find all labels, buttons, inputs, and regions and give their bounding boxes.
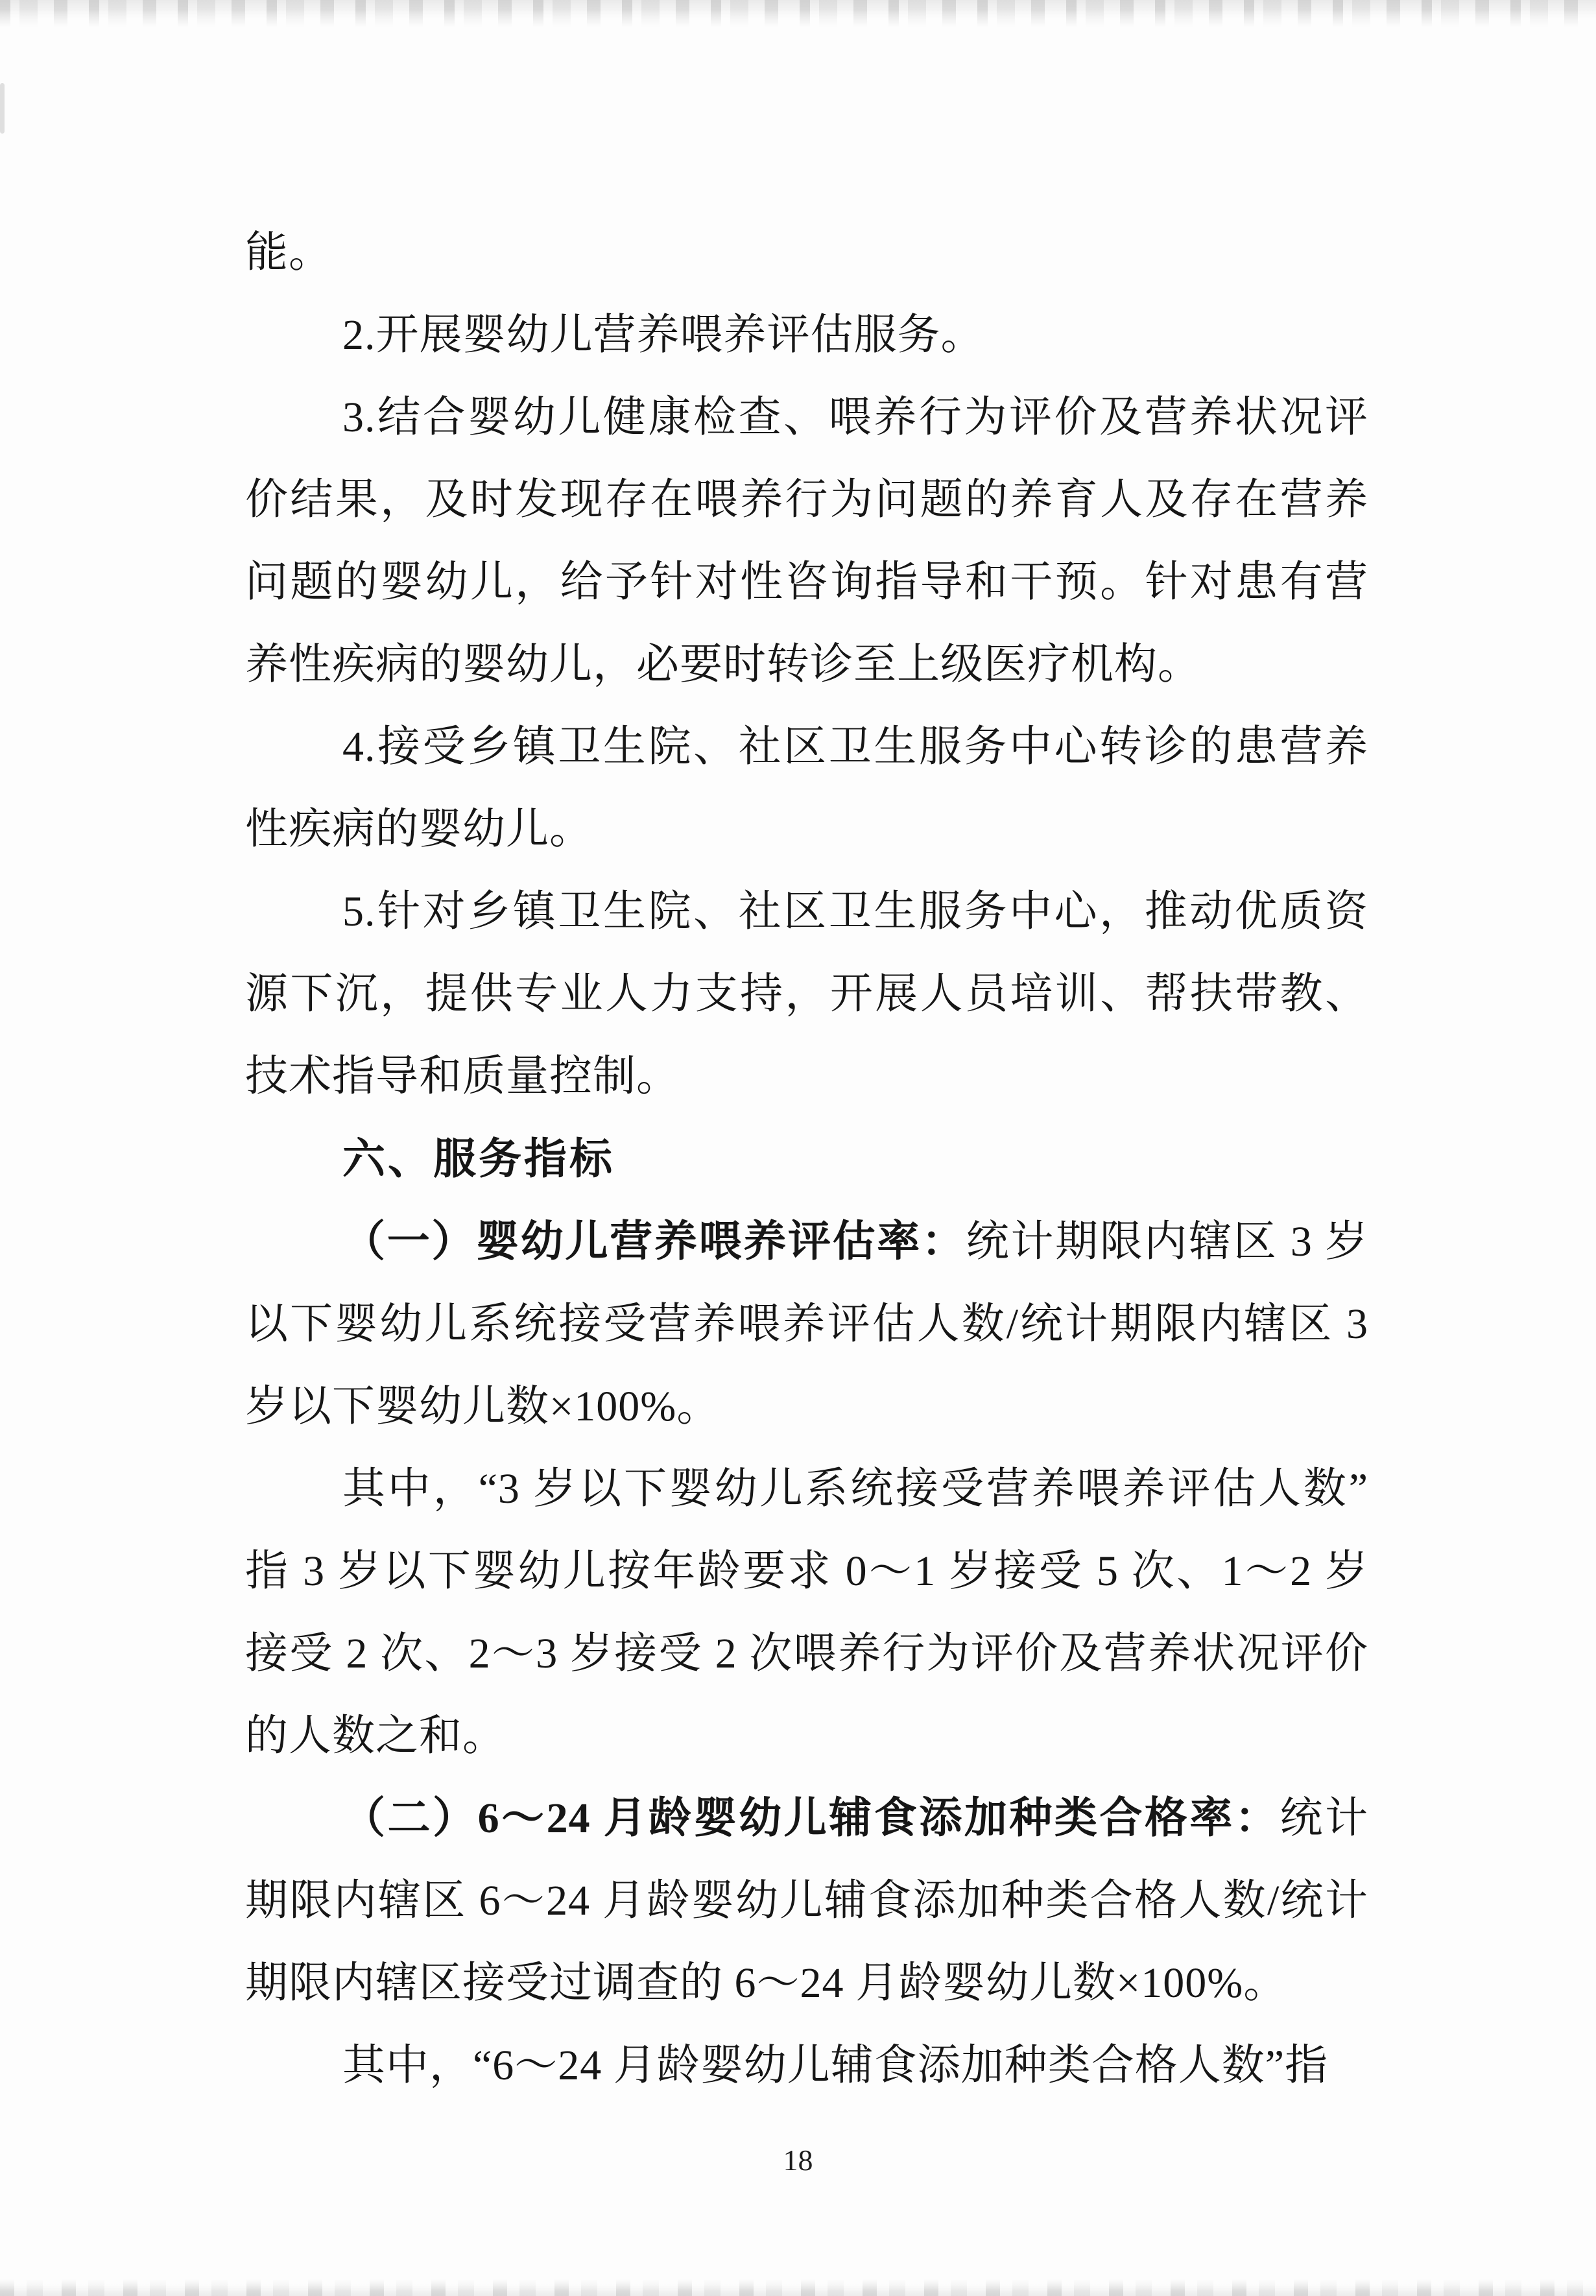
page-number: 18 (0, 2138, 1596, 2183)
body-text: 其中，“6～24 月龄婴幼儿辅食添加种类合格人数”指 (342, 2042, 1328, 2089)
paragraph-5: 5.针对乡镇卫生院、社区卫生服务中心，推动优质资源下沉，提供专业人力支持，开展人… (245, 870, 1368, 1118)
paragraph-9: （二）6～24 月龄婴幼儿辅食添加种类合格率：统计期限内辖区 6～24 月龄婴幼… (245, 1777, 1368, 2024)
paragraph-1: 能。 (245, 211, 1368, 294)
scan-artifact-left-edge (0, 83, 5, 134)
paragraph-7: （一）婴幼儿营养喂养评估率：统计期限内辖区 3 岁以下婴幼儿系统接受营养喂养评估… (245, 1201, 1368, 1448)
body-text: 4.接受乡镇卫生院、社区卫生服务中心转诊的患营养性疾病的婴幼儿。 (245, 723, 1368, 853)
emphasis-text: 六、服务指标 (342, 1134, 615, 1182)
body-text: 2.开展婴幼儿营养喂养评估服务。 (342, 311, 984, 359)
document-body: 能。2.开展婴幼儿营养喂养评估服务。3.结合婴幼儿健康检查、喂养行为评价及营养状… (245, 211, 1368, 2107)
paragraph-10: 其中，“6～24 月龄婴幼儿辅食添加种类合格人数”指 (245, 2024, 1368, 2107)
paragraph-3: 3.结合婴幼儿健康检查、喂养行为评价及营养状况评价结果，及时发现存在喂养行为问题… (245, 376, 1368, 706)
paragraph-2: 2.开展婴幼儿营养喂养评估服务。 (245, 294, 1368, 376)
document-page: 能。2.开展婴幼儿营养喂养评估服务。3.结合婴幼儿健康检查、喂养行为评价及营养状… (0, 0, 1596, 2296)
scan-artifact-bottom (0, 2279, 1596, 2296)
body-text: 能。 (245, 229, 332, 276)
body-text: 5.针对乡镇卫生院、社区卫生服务中心，推动优质资源下沉，提供专业人力支持，开展人… (245, 888, 1368, 1100)
scan-artifact-top (0, 0, 1596, 27)
paragraph-8: 其中，“3 岁以下婴幼儿系统接受营养喂养评估人数”指 3 岁以下婴幼儿按年龄要求… (245, 1448, 1368, 1777)
body-text: 3.结合婴幼儿健康检查、喂养行为评价及营养状况评价结果，及时发现存在喂养行为问题… (245, 394, 1368, 688)
emphasis-text: （一）婴幼儿营养喂养评估率： (342, 1218, 966, 1265)
body-text: 其中，“3 岁以下婴幼儿系统接受营养喂养评估人数”指 3 岁以下婴幼儿按年龄要求… (245, 1465, 1368, 1760)
paragraph-6: 六、服务指标 (245, 1118, 1368, 1201)
paragraph-4: 4.接受乡镇卫生院、社区卫生服务中心转诊的患营养性疾病的婴幼儿。 (245, 706, 1368, 870)
emphasis-text: （二）6～24 月龄婴幼儿辅食添加种类合格率： (342, 1795, 1280, 1842)
